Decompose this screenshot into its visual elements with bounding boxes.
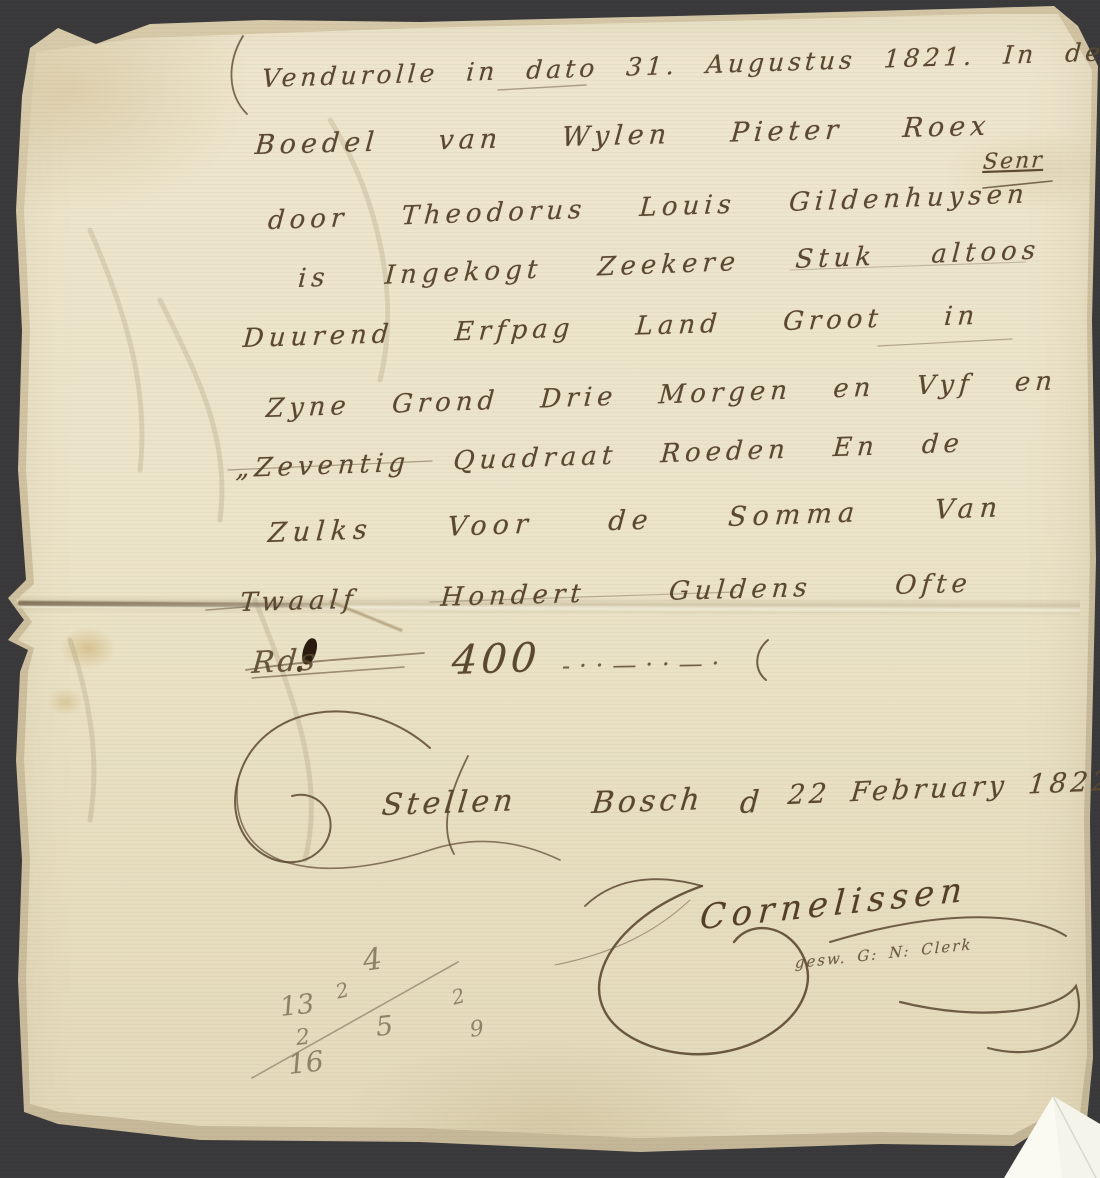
amount-filler-dashes: -··—··—·	[562, 649, 729, 680]
handwritten-senior-abbrev: Senr	[982, 148, 1044, 175]
pencil-figure-13: 13	[278, 988, 315, 1022]
pencil-figure-16: 16	[286, 1044, 325, 1081]
amount-value: 400	[450, 635, 542, 684]
photo-mat-background: Vendurolle in dato 31. Augustus 1821. In…	[0, 0, 1100, 1178]
dateline-den-abbrev: d	[739, 785, 761, 822]
pencil-figure-5: 5	[374, 1010, 394, 1043]
dateline-place-stellen: Stellen	[380, 783, 518, 823]
dateline-place-bosch: Bosch	[590, 782, 705, 821]
currency-abbrev-struck: Rds	[250, 642, 319, 681]
